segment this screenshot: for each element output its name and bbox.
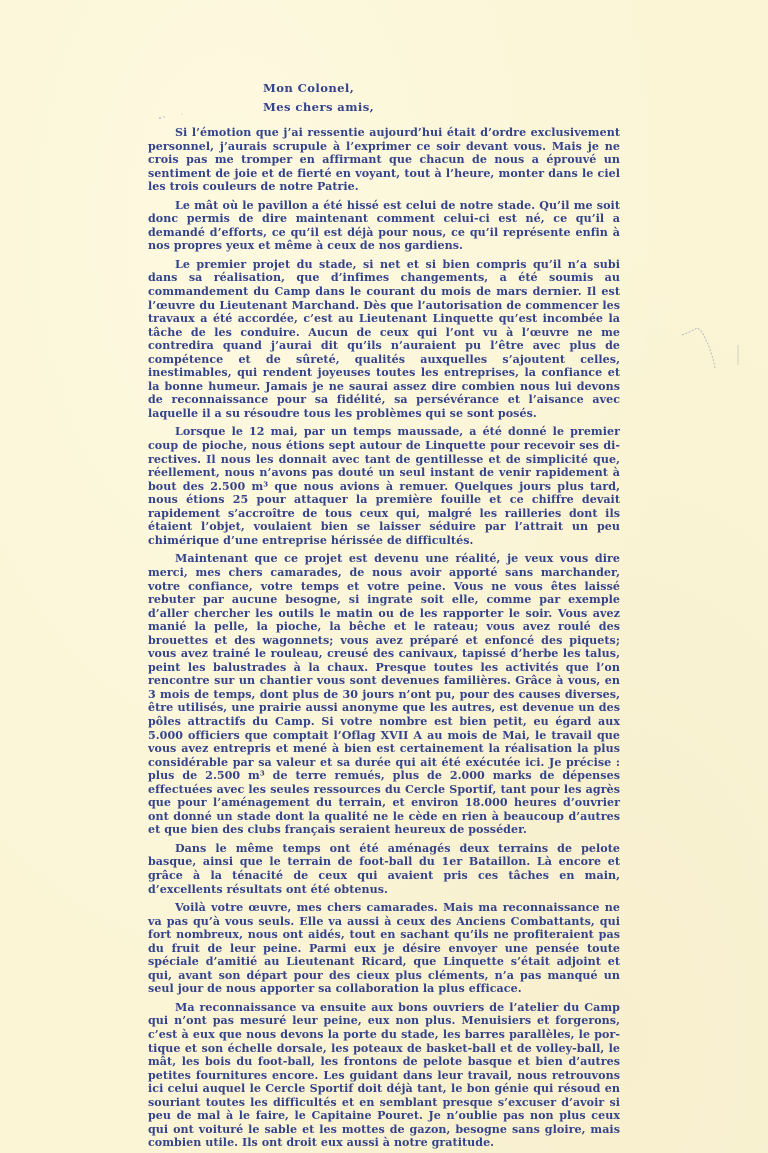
paragraph-pelote-basque: Dans le même temps ont été aménagés deux… [148, 842, 620, 896]
paragraph-mast: Le mât où le pavillon a été hissé est ce… [148, 199, 620, 253]
paragraph-first-project: Le premier projet du stade, si net et si… [148, 258, 620, 421]
salutation-line-1: Mon Colonel, [263, 79, 620, 98]
salutation-line-2: Mes chers amis, [263, 98, 620, 117]
letter-document: Mon Colonel, Mes chers amis, Si l’émotio… [148, 79, 620, 1150]
paragraph-veterans: Voilà votre œuvre, mes chers camarades. … [148, 901, 620, 996]
paragraph-emotion: Si l’émotion que j’ai ressentie aujourd’… [148, 126, 620, 194]
paragraph-thanks-comrades: Maintenant que ce projet est devenu une … [148, 552, 620, 836]
paragraph-workshop: Ma reconnaissance va ensuite aux bons ou… [148, 1001, 620, 1150]
paragraph-may-12: Lorsque le 12 mai, par un temps maussade… [148, 425, 620, 547]
